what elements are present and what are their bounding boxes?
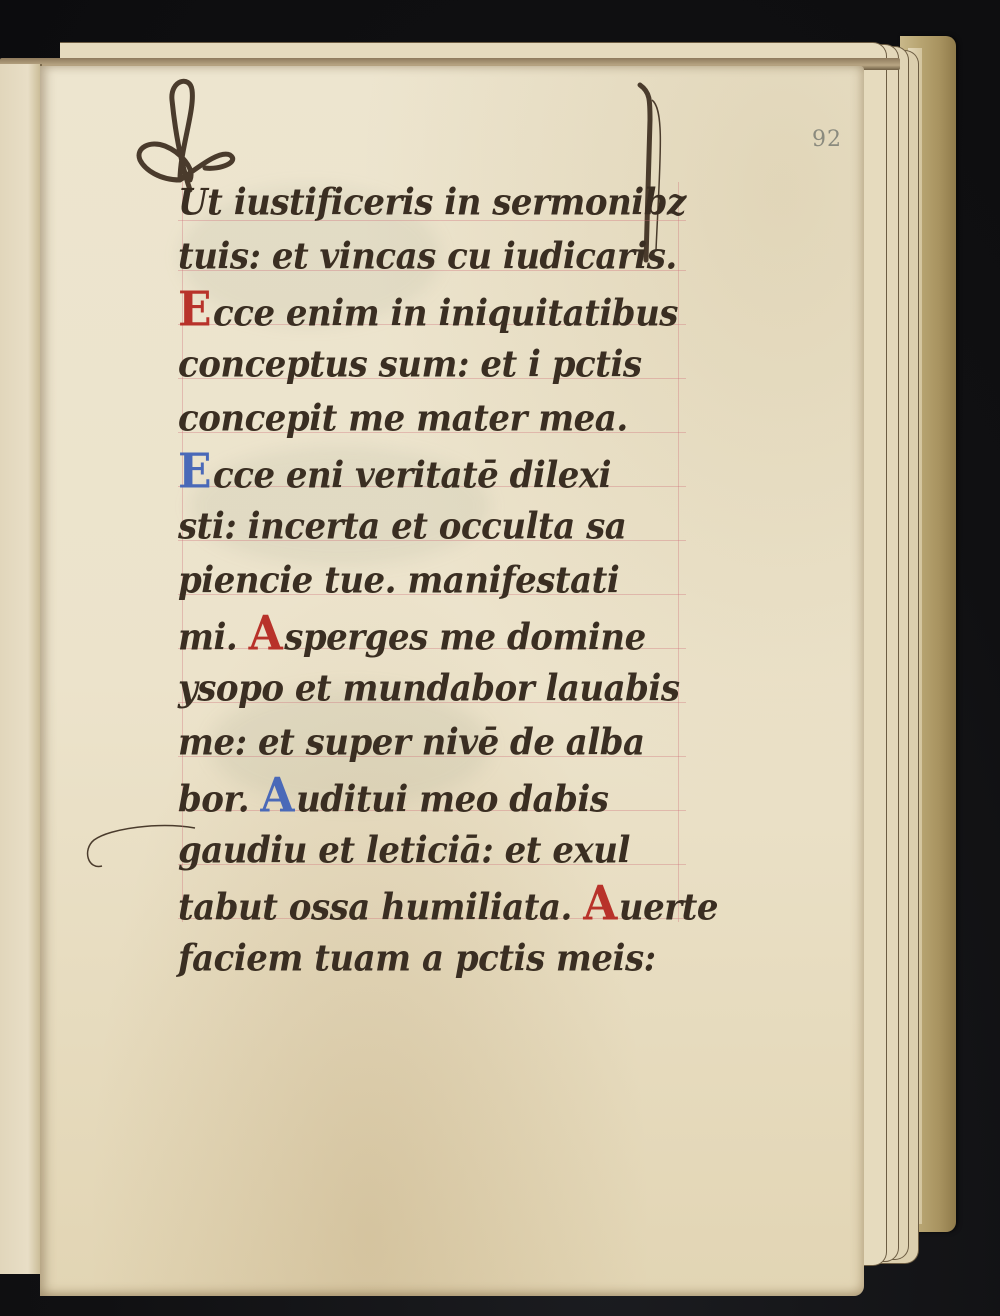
text-line: piencie tue. manifestati <box>178 559 619 602</box>
text-block: Ut iustificeris in sermonibz tuis: et vi… <box>178 182 686 922</box>
text-line: Ut iustificeris in sermonibz <box>178 181 686 224</box>
text-line: Ecce eni veritatē dilexi <box>178 451 611 497</box>
left-page-edge <box>0 64 42 1274</box>
text-line: mi. Asperges me domine <box>178 613 646 659</box>
text-line: tuis: et vincas cu iudicaris. <box>178 235 677 278</box>
text-line: bor. Auditui meo dabis <box>178 775 608 821</box>
rubricated-initial-a: A <box>249 613 283 656</box>
text-line: ysopo et mundabor lauabis <box>178 667 679 710</box>
text-line: faciem tuam a pctis meis: <box>178 937 656 980</box>
text-line: Ecce enim in iniquitatibus <box>178 289 678 335</box>
folio-number: 92 <box>812 127 842 152</box>
text-line: me: et super nivē de alba <box>178 721 645 764</box>
text-line: tabut ossa humiliata. Auerte <box>178 883 718 929</box>
rubricated-initial-e: E <box>178 289 211 332</box>
text-line: conceptus sum: et i pctis <box>178 343 642 386</box>
rubricated-initial-a: A <box>583 883 617 926</box>
text-line: gaudiu et leticiā: et exul <box>178 829 630 872</box>
text-line: sti: incerta et occulta sa <box>178 505 626 548</box>
blue-initial-a: A <box>260 775 294 818</box>
text-line: concepit me mater mea. <box>178 397 628 440</box>
blue-initial-e: E <box>178 451 211 494</box>
